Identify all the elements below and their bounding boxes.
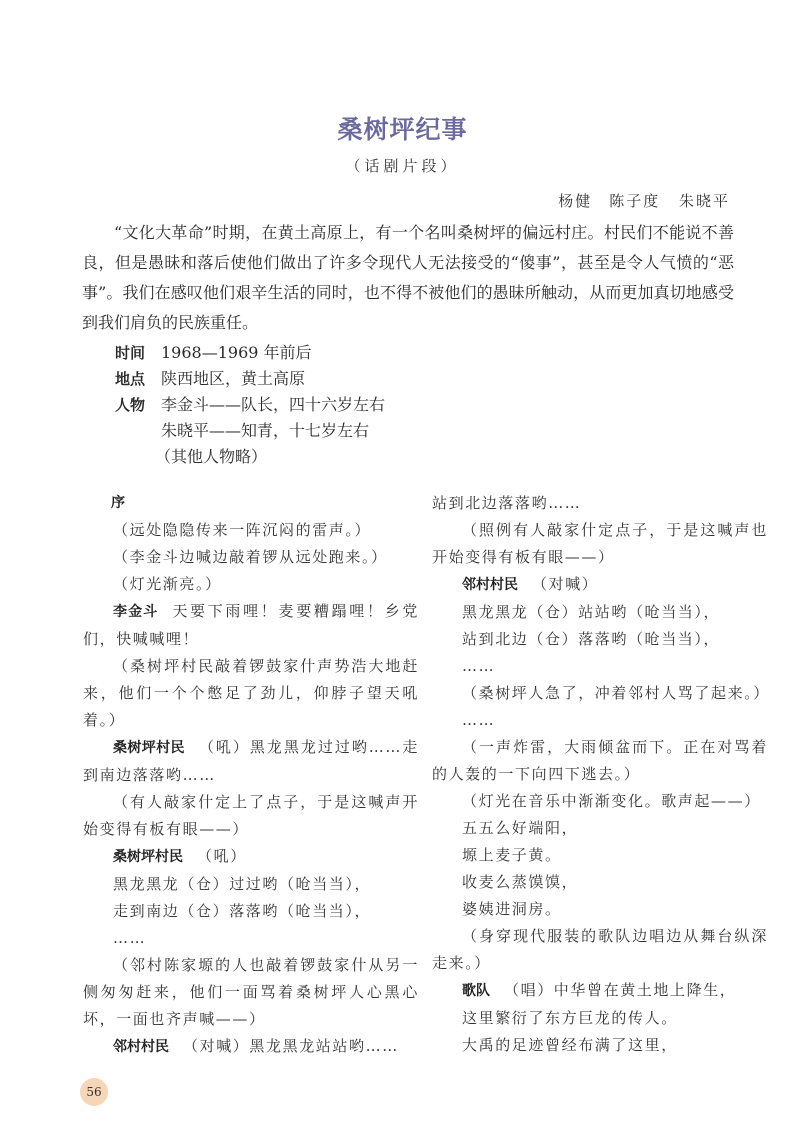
- ellipsis: ……: [432, 653, 768, 680]
- verse-line: 黑龙黑龙（仓）过过哟（呛当当），: [83, 871, 419, 898]
- stage-direction: （一声炸雷，大雨倾盆而下。正在对骂着的人轰的一下向四下逃去。）: [432, 734, 768, 788]
- song-line: 大禹的足迹曾经布满了这里，: [432, 1032, 768, 1059]
- stage-direction: （邻村陈家塬的人也敲着锣鼓家什从另一侧匆匆赶来，他们一面骂着桑树坪人心黑心坏，一…: [83, 952, 419, 1033]
- meta-person-2: 朱晓平——知青，十七岁左右: [115, 418, 385, 444]
- song-line: 收麦么蒸馍馍，: [432, 869, 768, 896]
- section-heading: 序: [83, 490, 419, 517]
- dialogue: 李金斗天要下雨哩！麦要糟蹋哩！乡党们，快喊喊哩！: [83, 598, 419, 653]
- dialogue: 桑树坪村民（吼）: [83, 843, 419, 871]
- meta-people: 人物 李金斗——队长，四十六岁左右: [115, 392, 385, 418]
- stage-direction: （灯光在音乐中渐渐变化。歌声起——）: [432, 788, 768, 815]
- dialogue-text: （对喊）黑龙黑龙站站哟……: [183, 1037, 399, 1055]
- intro-paragraph: “文化大革命”时期，在黄土高原上，有一个名叫桑树坪的偏远村庄。村民们不能说不善良…: [82, 218, 734, 338]
- meta-time: 时间 1968—1969 年前后: [115, 340, 385, 366]
- speaker-name: 邻村村民: [462, 577, 518, 593]
- ellipsis: ……: [83, 925, 419, 952]
- speaker-name: 桑树坪村民: [113, 740, 185, 756]
- dialogue: 邻村村民（对喊）: [432, 571, 768, 599]
- dialogue-direction: （吼）: [197, 847, 247, 865]
- page-number-badge: 56: [80, 1078, 108, 1106]
- meta-place-value: 陕西地区，黄土高原: [161, 366, 305, 392]
- song-line: 这里繁衍了东方巨龙的传人。: [432, 1005, 768, 1032]
- dialogue-direction: （对喊）: [532, 575, 598, 593]
- speaker-name: 李金斗: [113, 604, 158, 620]
- ellipsis: ……: [432, 707, 768, 734]
- authors: 杨健 陈子度 朱晓平: [558, 190, 730, 211]
- song-line: 五五么好端阳，: [432, 815, 768, 842]
- meta-place: 地点 陕西地区，黄土高原: [115, 366, 385, 392]
- stage-direction: （桑树坪村民敲着锣鼓家什声势浩大地赶来，他们一个个憋足了劲儿，仰脖子望天吼着。）: [83, 653, 419, 734]
- dialogue: 歌队（唱）中华曾在黄土地上降生，: [432, 977, 768, 1005]
- dialogue-continuation: 站到北边落落哟……: [432, 490, 768, 517]
- textbook-page: 桑树坪纪事 （话剧片段） 杨健 陈子度 朱晓平 “文化大革命”时期，在黄土高原上…: [0, 0, 805, 1145]
- left-column: 序 （远处隐隐传来一阵沉闷的雷声。） （李金斗边喊边敲着锣从远处跑来。） （灯光…: [83, 490, 419, 1061]
- meta-time-value: 1968—1969 年前后: [161, 340, 312, 366]
- meta-people-note: （其他人物略）: [115, 444, 385, 470]
- speaker-name: 邻村村民: [113, 1039, 169, 1055]
- song-line: 婆姨进洞房。: [432, 896, 768, 923]
- verse-line: 走到南边（仓）落落哟（呛当当），: [83, 898, 419, 925]
- play-metadata: 时间 1968—1969 年前后 地点 陕西地区，黄土高原 人物 李金斗——队长…: [115, 340, 385, 470]
- stage-direction: （桑树坪人急了，冲着邻村人骂了起来。）: [432, 680, 768, 707]
- subtitle: （话剧片段）: [0, 155, 805, 176]
- stage-direction: （李金斗边喊边敲着锣从远处跑来。）: [83, 544, 419, 571]
- speaker-name: 桑树坪村民: [113, 849, 183, 865]
- song-line: 塬上麦子黄。: [432, 842, 768, 869]
- speaker-name: 歌队: [462, 983, 490, 999]
- stage-direction: （有人敲家什定上了点子，于是这喊声开始变得有板有眼——）: [83, 789, 419, 843]
- stage-direction: （照例有人敲家什定点子，于是这喊声也开始变得有板有眼——）: [432, 517, 768, 571]
- verse-line: 站到北边（仓）落落哟（呛当当），: [432, 626, 768, 653]
- meta-place-label: 地点: [115, 366, 161, 392]
- verse-line: 黑龙黑龙（仓）站站哟（呛当当），: [432, 599, 768, 626]
- meta-people-label: 人物: [115, 392, 161, 418]
- page-title: 桑树坪纪事: [0, 110, 805, 146]
- dialogue-text: （唱）中华曾在黄土地上降生，: [504, 981, 736, 999]
- right-column: 站到北边落落哟…… （照例有人敲家什定点子，于是这喊声也开始变得有板有眼——） …: [432, 490, 768, 1059]
- meta-time-label: 时间: [115, 340, 161, 366]
- stage-direction: （灯光渐亮。）: [83, 571, 419, 598]
- dialogue: 邻村村民（对喊）黑龙黑龙站站哟……: [83, 1033, 419, 1061]
- stage-direction: （远处隐隐传来一阵沉闷的雷声。）: [83, 517, 419, 544]
- dialogue: 桑树坪村民（吼）黑龙黑龙过过哟……走到南边落落哟……: [83, 734, 419, 789]
- stage-direction: （身穿现代服装的歌队边唱边从舞台纵深走来。）: [432, 923, 768, 977]
- meta-person-1: 李金斗——队长，四十六岁左右: [161, 392, 385, 418]
